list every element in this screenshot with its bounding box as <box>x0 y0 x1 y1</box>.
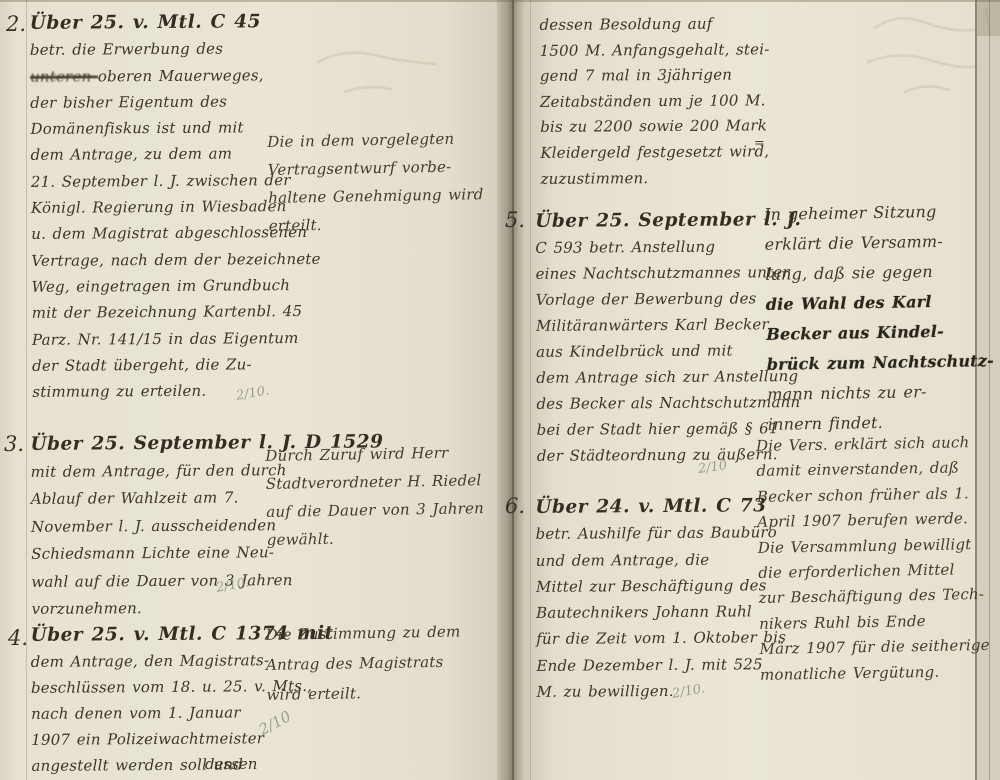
text-line: aus Kindelbrück und mit <box>536 337 786 365</box>
entry-number-5: 5. <box>505 208 525 232</box>
text-line: Über 24. v. Mtl. C 73 <box>535 493 785 521</box>
manuscript-scan: 2. Über 25. v. Mtl. C 45betr. die Erwerb… <box>0 0 1000 780</box>
text-line: und dem Antrage, die <box>536 546 786 574</box>
entry-3-annotation: Durch Zuruf wird HerrStadtverordneter H.… <box>265 438 487 554</box>
text-line: März 1907 für die seitherige <box>759 633 979 662</box>
book-gutter <box>497 0 524 780</box>
text-line: Parz. Nr. 141/15 in das Eigentum <box>32 325 282 353</box>
entry-4-continuation-text: dessen Besoldung auf1500 M. Anfangsgehal… <box>539 11 790 192</box>
text-line: Vorlage der Bewerbung des <box>536 285 786 313</box>
text-line: Vertrage, nach dem der bezeichnete <box>31 246 281 274</box>
text-line: Mittel zur Beschäftigung des <box>536 572 786 600</box>
entry-number-3: 3. <box>4 432 24 456</box>
text-line: Weg, eingetragen im Grundbuch <box>31 272 281 300</box>
text-line: auf die Dauer von 3 Jahren <box>266 494 486 526</box>
text-line: des Becker als Nachtschutzmann <box>536 389 786 417</box>
text-line: eines Nachtschutzmannes unter <box>535 259 785 287</box>
text-line: Antrag des Magistrats <box>266 646 486 680</box>
text-line: Becker schon früher als 1. <box>757 481 977 510</box>
text-line: mit dem Antrage, für den durch <box>31 457 281 486</box>
text-line: Die Zustimmung zu dem <box>265 616 485 650</box>
text-line: mann nichts zu er- <box>767 376 987 410</box>
text-line: Stadtverordneter H. Riedel <box>266 466 486 498</box>
text-line: damit einverstanden, daß <box>756 456 976 485</box>
text-line: Domänenfiskus ist und mit <box>30 114 280 142</box>
text-line: In geheimer Sitzung <box>764 196 984 230</box>
text-line: Über 25. v. Mtl. C 45 <box>30 9 280 37</box>
text-line: Schiedsmann Lichte eine Neu- <box>31 539 281 568</box>
text-line: Die Vers. erklärt sich auch <box>756 430 976 459</box>
text-line: Über 25. v. Mtl. C 1374 mit <box>30 621 280 649</box>
text-line: die Wahl des Karl <box>765 286 985 320</box>
text-line: lung, daß sie gegen <box>765 256 985 290</box>
text-line: Zeitabständen um je 100 M. <box>540 88 790 115</box>
text-line: der Stadt übergeht, die Zu- <box>32 351 282 379</box>
text-line: Über 25. September l. J. D 1529 <box>30 429 280 458</box>
left-margin-rule <box>26 0 27 780</box>
text-line: November l. J. ausscheidenden <box>31 512 281 541</box>
text-line: Durch Zuruf wird Herr <box>265 438 485 470</box>
entry-3-text: Über 25. September l. J. D 1529mit dem A… <box>30 429 281 623</box>
text-line: Ablauf der Wahlzeit am 7. <box>31 484 281 513</box>
text-line: Kleidergeld festgesetzt wird, <box>540 139 790 166</box>
text-line: Die in dem vorgelegten <box>267 124 487 156</box>
entry-2-annotation: Die in dem vorgelegtenVertragsentwurf vo… <box>267 124 489 240</box>
entry-2-text: Über 25. v. Mtl. C 45betr. die Erwerbung… <box>30 9 283 405</box>
entry-number-4: 4. <box>8 626 28 650</box>
text-line: dem Antrage, zu dem am <box>31 141 281 169</box>
entry-4-annotation: Die Zustimmung zu demAntrag des Magistra… <box>265 616 487 710</box>
text-line: u. dem Magistrat abgeschlossenen <box>31 220 281 248</box>
text-line: zur Beschäftigung des Tech- <box>758 583 978 612</box>
text-line: Ende Dezember l. J. mit 525 <box>536 651 786 679</box>
text-line: nach denen vom 1. Januar <box>31 699 281 727</box>
text-line: die erforderlichen Mittel <box>758 557 978 586</box>
text-line: brück zum Nachtschutz- <box>767 346 987 380</box>
text-line: betr. die Erwerbung des <box>30 35 280 63</box>
text-line: dessen Besoldung auf <box>539 11 789 38</box>
text-line: gewählt. <box>267 522 487 554</box>
text-line: gend 7 mal in 3jährigen <box>540 62 790 89</box>
text-line: unteren oberen Mauerweges, <box>30 62 280 90</box>
text-line: der Städteordnung zu äußern. <box>537 441 787 469</box>
text-line: zuzustimmen. <box>540 165 790 192</box>
entry-5-text: Über 25. September l. J.C 593 betr. Anst… <box>535 207 787 469</box>
text-line: mit der Bezeichnung Kartenbl. 45 <box>32 298 282 326</box>
right-margin-rule <box>530 0 531 780</box>
text-line: Bautechnikers Johann Ruhl <box>536 598 786 626</box>
text-line: vorzunehmen. <box>31 594 281 623</box>
entry-6-text: Über 24. v. Mtl. C 73betr. Aushilfe für … <box>535 493 786 705</box>
text-line: bei der Stadt hier gemäß § 61 <box>537 415 787 443</box>
text-line: Die Versammlung bewilligt <box>758 532 978 561</box>
text-line: erklärt die Versamm- <box>764 226 984 260</box>
text-line: nikers Ruhl bis Ende <box>759 608 979 637</box>
text-line: 1907 ein Polizeiwachtmeister <box>31 725 281 753</box>
text-line: Militäranwärters Karl Becker <box>536 311 786 339</box>
entry-number-6: 6. <box>505 494 525 518</box>
text-line: wird erteilt. <box>266 676 486 710</box>
text-line: Königl. Regierung in Wiesbaden <box>31 193 281 221</box>
text-line: C 593 betr. Anstellung <box>535 233 785 261</box>
text-line: für die Zeit vom 1. Oktober bis <box>536 625 786 653</box>
text-line: 21. September l. J. zwischen der <box>31 167 281 195</box>
text-line: bis zu 2200 sowie 200 Mark <box>540 114 790 141</box>
ditto-mark: = <box>754 136 764 151</box>
text-line: M. zu bewilligen. <box>537 677 787 705</box>
struck-out-word: unteren <box>30 67 98 85</box>
text-line: monatliche Vergütung. <box>760 659 980 688</box>
text-line: April 1907 berufen werde. <box>757 506 977 535</box>
text-line: 1500 M. Anfangsgehalt, stei- <box>540 37 790 64</box>
entry-number-2: 2. <box>6 12 26 36</box>
text-line: dem Antrage, den Magistrats- <box>31 647 281 675</box>
text-line: erteilt. <box>269 208 489 240</box>
text-line: betr. Aushilfe für das Baubüro <box>535 519 785 547</box>
catchword-dessen: dessen <box>205 755 257 773</box>
entry-6-annotation: Die Vers. erklärt sich auchdamit einvers… <box>756 430 980 688</box>
text-line: dem Antrage sich zur Anstellung <box>536 363 786 391</box>
text-line: der bisher Eigentum des <box>30 88 280 116</box>
text-line: beschlüssen vom 18. u. 25. v. Mts., <box>31 673 281 701</box>
text-line: haltene Genehmigung wird <box>268 180 488 212</box>
text-line: Becker aus Kindel- <box>766 316 986 350</box>
text-line: Über 25. September l. J. <box>535 207 785 235</box>
entry-5-annotation: In geheimer Sitzungerklärt die Versamm-l… <box>764 196 988 440</box>
text-line: Vertragsentwurf vorbe- <box>268 152 488 184</box>
